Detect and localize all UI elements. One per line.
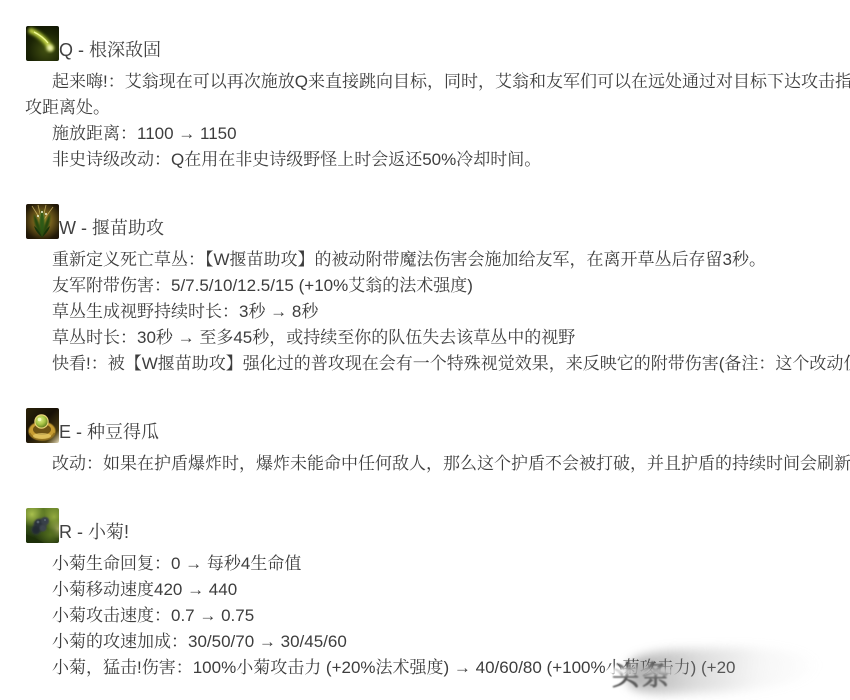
q-icon-art [26,26,59,61]
patch-line: 小菊生命回复：0 → 每秒4生命值 [0,551,850,577]
patch-line: 草丛时长：30秒 → 至多45秒，或持续至你的队伍失去该草丛中的视野 [0,325,850,351]
ability-section-e: E - 种豆得瓜 改动：如果在护盾爆炸时，爆炸未能命中任何敌人，那么这个护盾不会… [0,407,850,477]
ivern-e-triggerseed-icon [26,408,59,443]
ability-body-q: 起来嗨!：艾翁现在可以再次施放Q来直接跳向目标，同时，艾翁和友军们可以在远处通过… [0,69,850,173]
ivern-q-rootcaller-icon [26,26,59,61]
patch-line: 施放距离：1100 → 1150 [0,121,850,147]
ability-section-w: W - 揠苗助攻 重新定义死亡草丛：【W揠苗助攻】的被动附带魔法伤害会施加给友军… [0,203,850,377]
patch-line: 攻距离处。 [0,95,850,121]
ability-body-w: 重新定义死亡草丛：【W揠苗助攻】的被动附带魔法伤害会施加给友军，在离开草丛后存留… [0,247,850,377]
patch-line: 小菊移动速度420 → 440 [0,577,850,603]
patch-line: 重新定义死亡草丛：【W揠苗助攻】的被动附带魔法伤害会施加给友军，在离开草丛后存留… [0,247,850,273]
ivern-w-brushmaker-icon [26,204,59,239]
patch-line: 快看!：被【W揠苗助攻】强化过的普攻现在会有一个特殊视觉效果，来反映它的附带伤害… [0,351,850,377]
ability-title-r: R - 小菊! [59,523,129,542]
patch-line: 小菊的攻速加成：30/50/70 → 30/45/60 [0,629,850,655]
ability-title-e: E - 种豆得瓜 [59,423,159,442]
ability-header-w: W - 揠苗助攻 [26,203,850,239]
patch-line: 非史诗级改动：Q在用在非史诗级野怪上时会返还50%冷却时间。 [0,147,850,173]
ability-title-w: W - 揠苗助攻 [59,219,164,238]
ability-header-e: E - 种豆得瓜 [26,407,850,443]
ability-header-q: Q - 根深敌固 [26,25,850,61]
patch-line: 小菊，猛击!伤害：100%小菊攻击力 (+20%法术强度) → 40/60/80… [0,655,850,681]
patch-line: 改动：如果在护盾爆炸时，爆炸未能命中任何敌人，那么这个护盾不会被打破，并且护盾的… [0,451,850,477]
w-icon-art [26,204,59,239]
ivern-r-daisy-icon [26,508,59,543]
patch-line: 草丛生成视野持续时长：3秒 → 8秒 [0,299,850,325]
ability-body-r: 小菊生命回复：0 → 每秒4生命值 小菊移动速度420 → 440 小菊攻击速度… [0,551,850,681]
ability-header-r: R - 小菊! [26,507,850,543]
ability-body-e: 改动：如果在护盾爆炸时，爆炸未能命中任何敌人，那么这个护盾不会被打破，并且护盾的… [0,451,850,477]
patch-line: 友军附带伤害：5/7.5/10/12.5/15 (+10%艾翁的法术强度) [0,273,850,299]
patch-line: 起来嗨!：艾翁现在可以再次施放Q来直接跳向目标，同时，艾翁和友军们可以在远处通过… [0,69,850,95]
r-icon-art [26,508,59,543]
patch-notes-page: Q - 根深敌固 起来嗨!：艾翁现在可以再次施放Q来直接跳向目标，同时，艾翁和友… [0,0,850,681]
e-icon-art [26,408,59,443]
ability-section-q: Q - 根深敌固 起来嗨!：艾翁现在可以再次施放Q来直接跳向目标，同时，艾翁和友… [0,25,850,173]
ability-section-r: R - 小菊! 小菊生命回复：0 → 每秒4生命值 小菊移动速度420 → 44… [0,507,850,681]
patch-line: 小菊攻击速度：0.7 → 0.75 [0,603,850,629]
ability-title-q: Q - 根深敌固 [59,41,161,60]
